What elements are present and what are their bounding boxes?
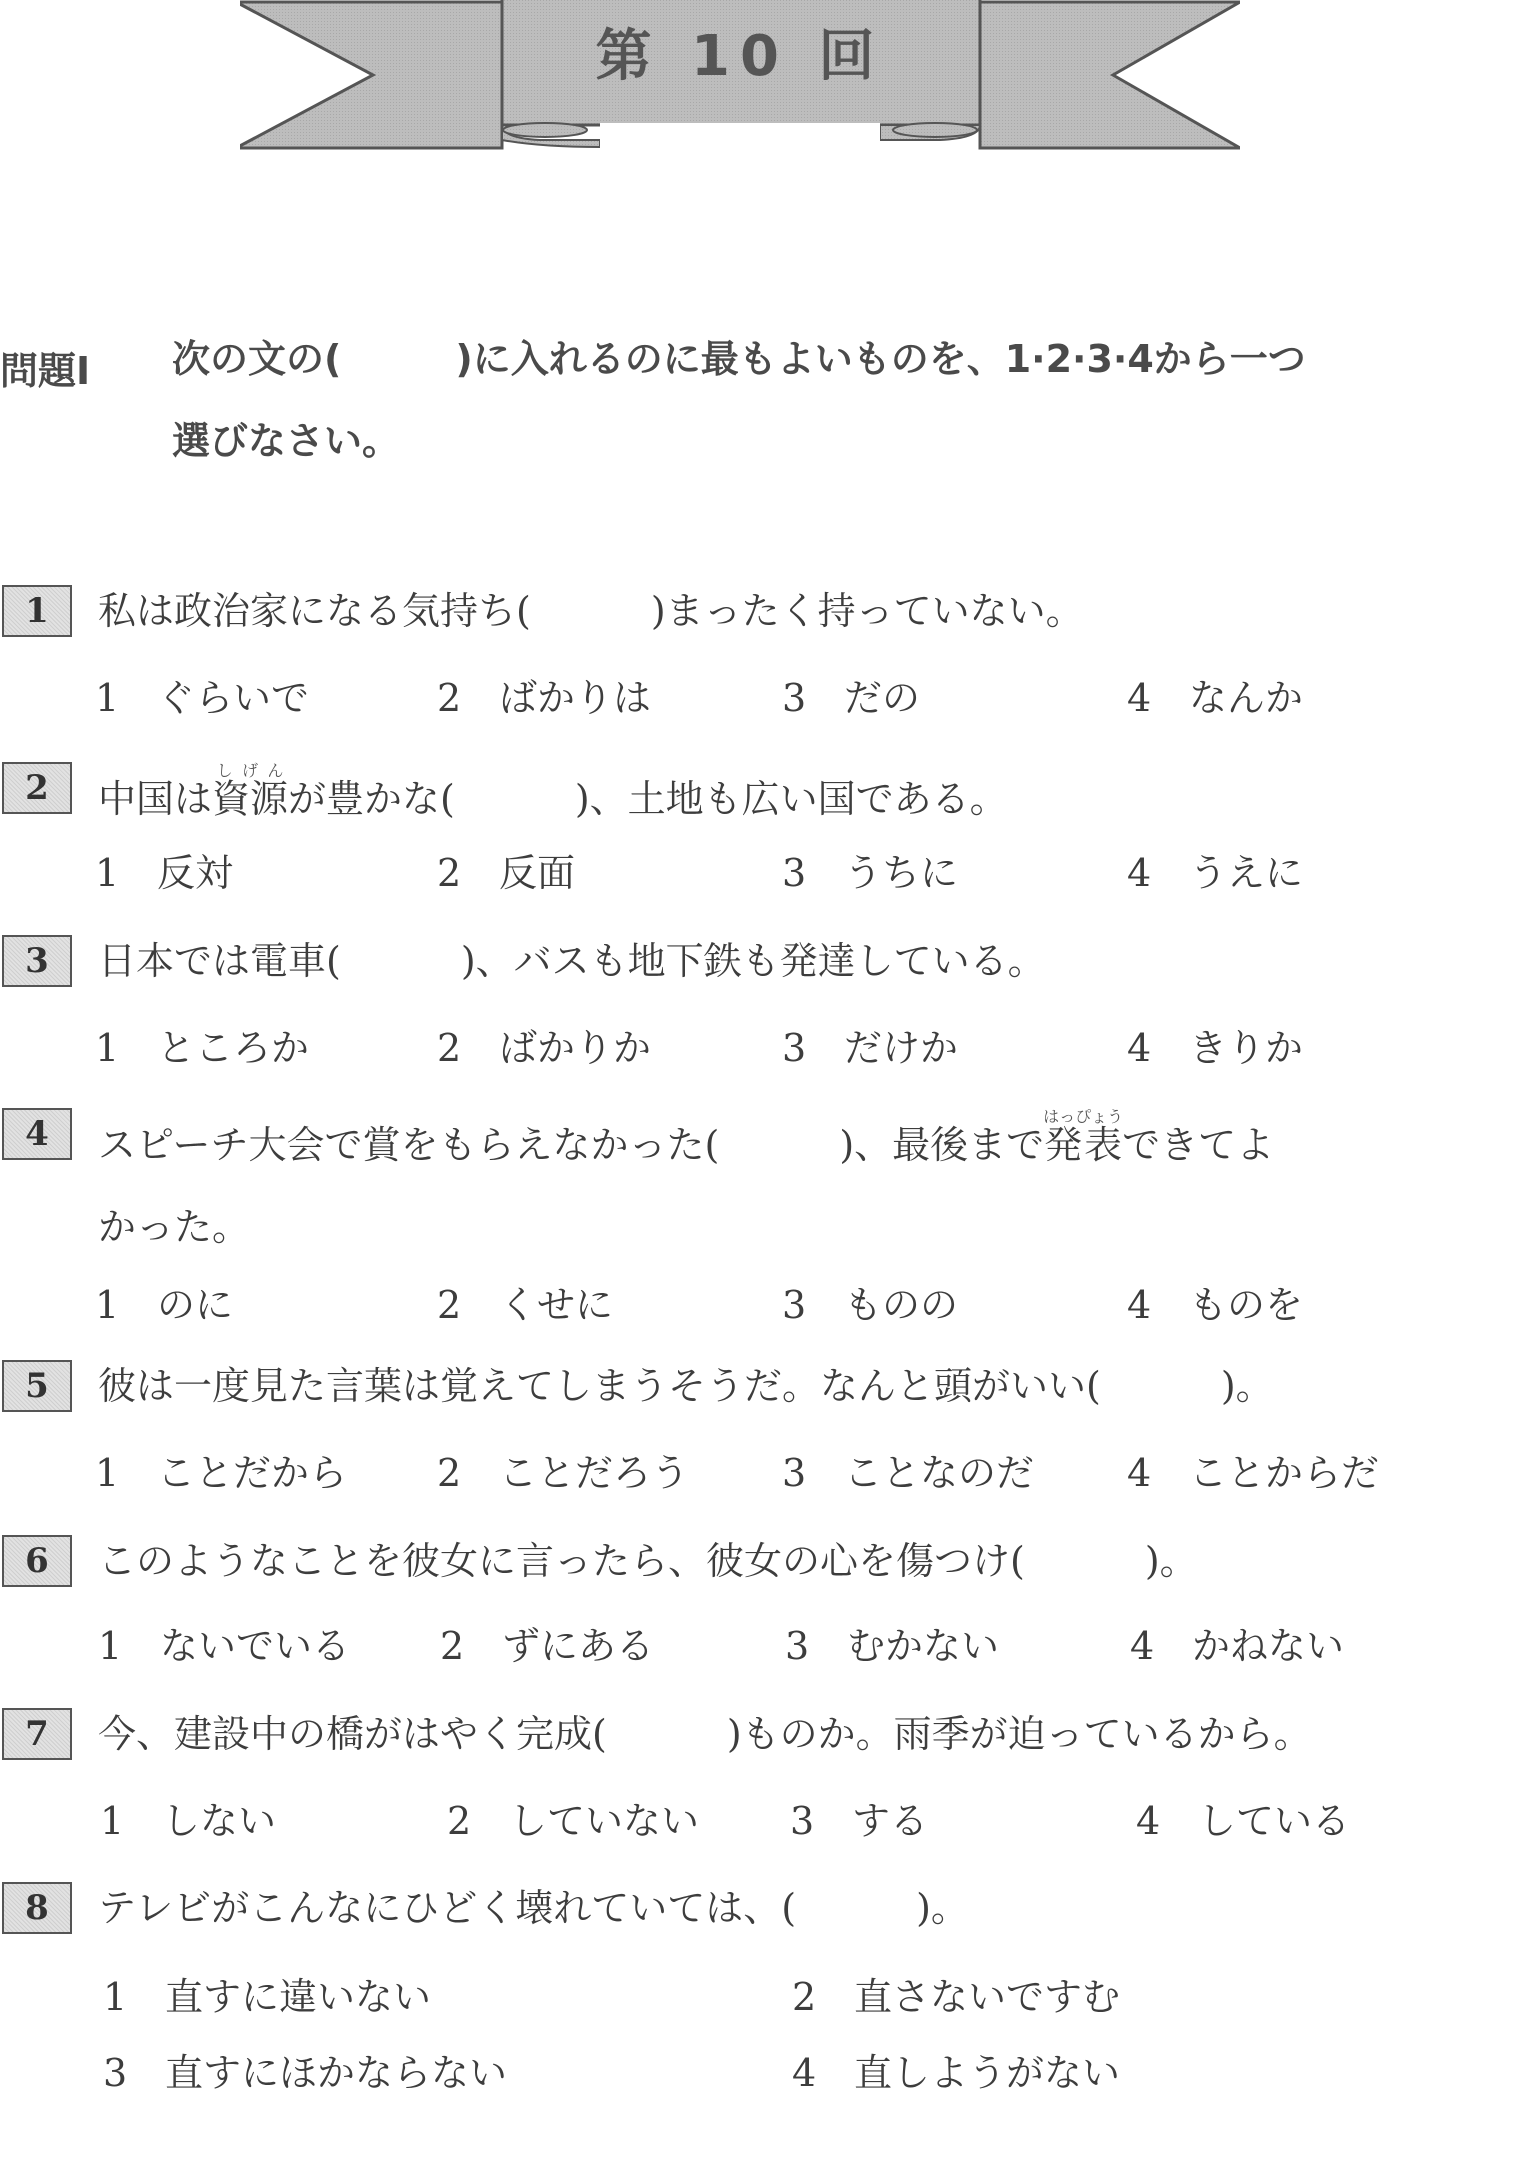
option-1[interactable]: 1ことだから xyxy=(95,1442,347,1497)
furigana-word: 資源しげん xyxy=(212,777,288,821)
problem-label: 問題Ⅰ xyxy=(0,340,90,395)
option-4[interactable]: 4ことからだ xyxy=(1127,1442,1379,1497)
question-text: 今、建設中の橋がはやく完成()ものか。雨季が迫っているから。 xyxy=(98,1707,1312,1761)
option-2[interactable]: 2くせに xyxy=(437,1274,613,1329)
option-2[interactable]: 2ばかりは xyxy=(437,667,651,722)
option-4[interactable]: 4うえに xyxy=(1127,842,1303,897)
option-3[interactable]: 3直すにほかならない xyxy=(103,2042,507,2097)
question-number-badge: 1 xyxy=(2,585,72,637)
option-4[interactable]: 4かねない xyxy=(1130,1615,1344,1670)
option-2[interactable]: 2ばかりか xyxy=(437,1017,651,1072)
question-number-badge: 7 xyxy=(2,1708,72,1760)
instruction-line-1: 次の文の( )に入れるのに最もよいものを、1·2·3·4から一つ xyxy=(172,318,1502,400)
option-4[interactable]: 4なんか xyxy=(1127,667,1303,722)
option-1[interactable]: 1しない xyxy=(100,1790,276,1845)
option-4[interactable]: 4している xyxy=(1136,1790,1350,1845)
question-text: 中国は資源しげんが豊かな()、土地も広い国である。 xyxy=(98,761,1008,826)
option-2[interactable]: 2反面 xyxy=(437,842,575,897)
question-number-badge: 5 xyxy=(2,1360,72,1412)
chapter-banner: 第 10 回 xyxy=(240,0,1240,155)
option-1[interactable]: 1直すに違いない xyxy=(103,1966,431,2021)
option-4[interactable]: 4ものを xyxy=(1127,1274,1303,1329)
option-3[interactable]: 3ものの xyxy=(782,1274,958,1329)
option-1[interactable]: 1ところか xyxy=(95,1017,309,1072)
option-1[interactable]: 1ぐらいで xyxy=(95,667,309,722)
question-number-badge: 6 xyxy=(2,1535,72,1587)
question-text: 日本では電車()、バスも地下鉄も発達している。 xyxy=(98,934,1046,988)
instruction-text: 次の文の( )に入れるのに最もよいものを、1·2·3·4から一つ 選びなさい。 xyxy=(172,318,1502,482)
chapter-title: 第 10 回 xyxy=(500,12,980,92)
question-number-badge: 4 xyxy=(2,1108,72,1160)
question-text-pre: 私は政治家になる気持ち( xyxy=(98,589,531,633)
option-2[interactable]: 2ずにある xyxy=(440,1615,654,1670)
option-2[interactable]: 2ことだろう xyxy=(437,1442,689,1497)
furigana-word: 発表はっぴょう xyxy=(1044,1123,1122,1167)
option-4[interactable]: 4直しようがない xyxy=(792,2042,1120,2097)
instruction-line-2: 選びなさい。 xyxy=(172,400,1502,482)
question-text: このようなことを彼女に言ったら、彼女の心を傷つけ()。 xyxy=(98,1534,1198,1588)
option-3[interactable]: 3うちに xyxy=(782,842,958,897)
option-1[interactable]: 1のに xyxy=(95,1274,233,1329)
option-1[interactable]: 1ないでいる xyxy=(98,1615,350,1670)
question-text-continued: かった。 xyxy=(98,1196,250,1251)
option-3[interactable]: 3だけか xyxy=(782,1017,958,1072)
option-2[interactable]: 2していない xyxy=(447,1790,699,1845)
option-3[interactable]: 3むかない xyxy=(785,1615,999,1670)
question-text: テレビがこんなにひどく壊れていては、()。 xyxy=(98,1881,969,1935)
question-number-badge: 3 xyxy=(2,935,72,987)
option-3[interactable]: 3する xyxy=(790,1790,928,1845)
question-text: 私は政治家になる気持ち()まったく持っていない。 xyxy=(98,584,1084,638)
option-3[interactable]: 3ことなのだ xyxy=(782,1442,1034,1497)
option-3[interactable]: 3だの xyxy=(782,667,920,722)
option-4[interactable]: 4きりか xyxy=(1127,1017,1303,1072)
question-text-post: )まったく持っていない。 xyxy=(651,589,1084,633)
option-2[interactable]: 2直さないですむ xyxy=(792,1966,1120,2021)
question-text: 彼は一度見た言葉は覚えてしまうそうだ。なんと頭がいい()。 xyxy=(98,1359,1274,1413)
option-1[interactable]: 1反対 xyxy=(95,842,233,897)
question-text: スピーチ大会で賞をもらえなかった()、最後まで発表はっぴょうできてよ xyxy=(98,1107,1274,1172)
question-number-badge: 2 xyxy=(2,762,72,814)
question-number-badge: 8 xyxy=(2,1882,72,1934)
